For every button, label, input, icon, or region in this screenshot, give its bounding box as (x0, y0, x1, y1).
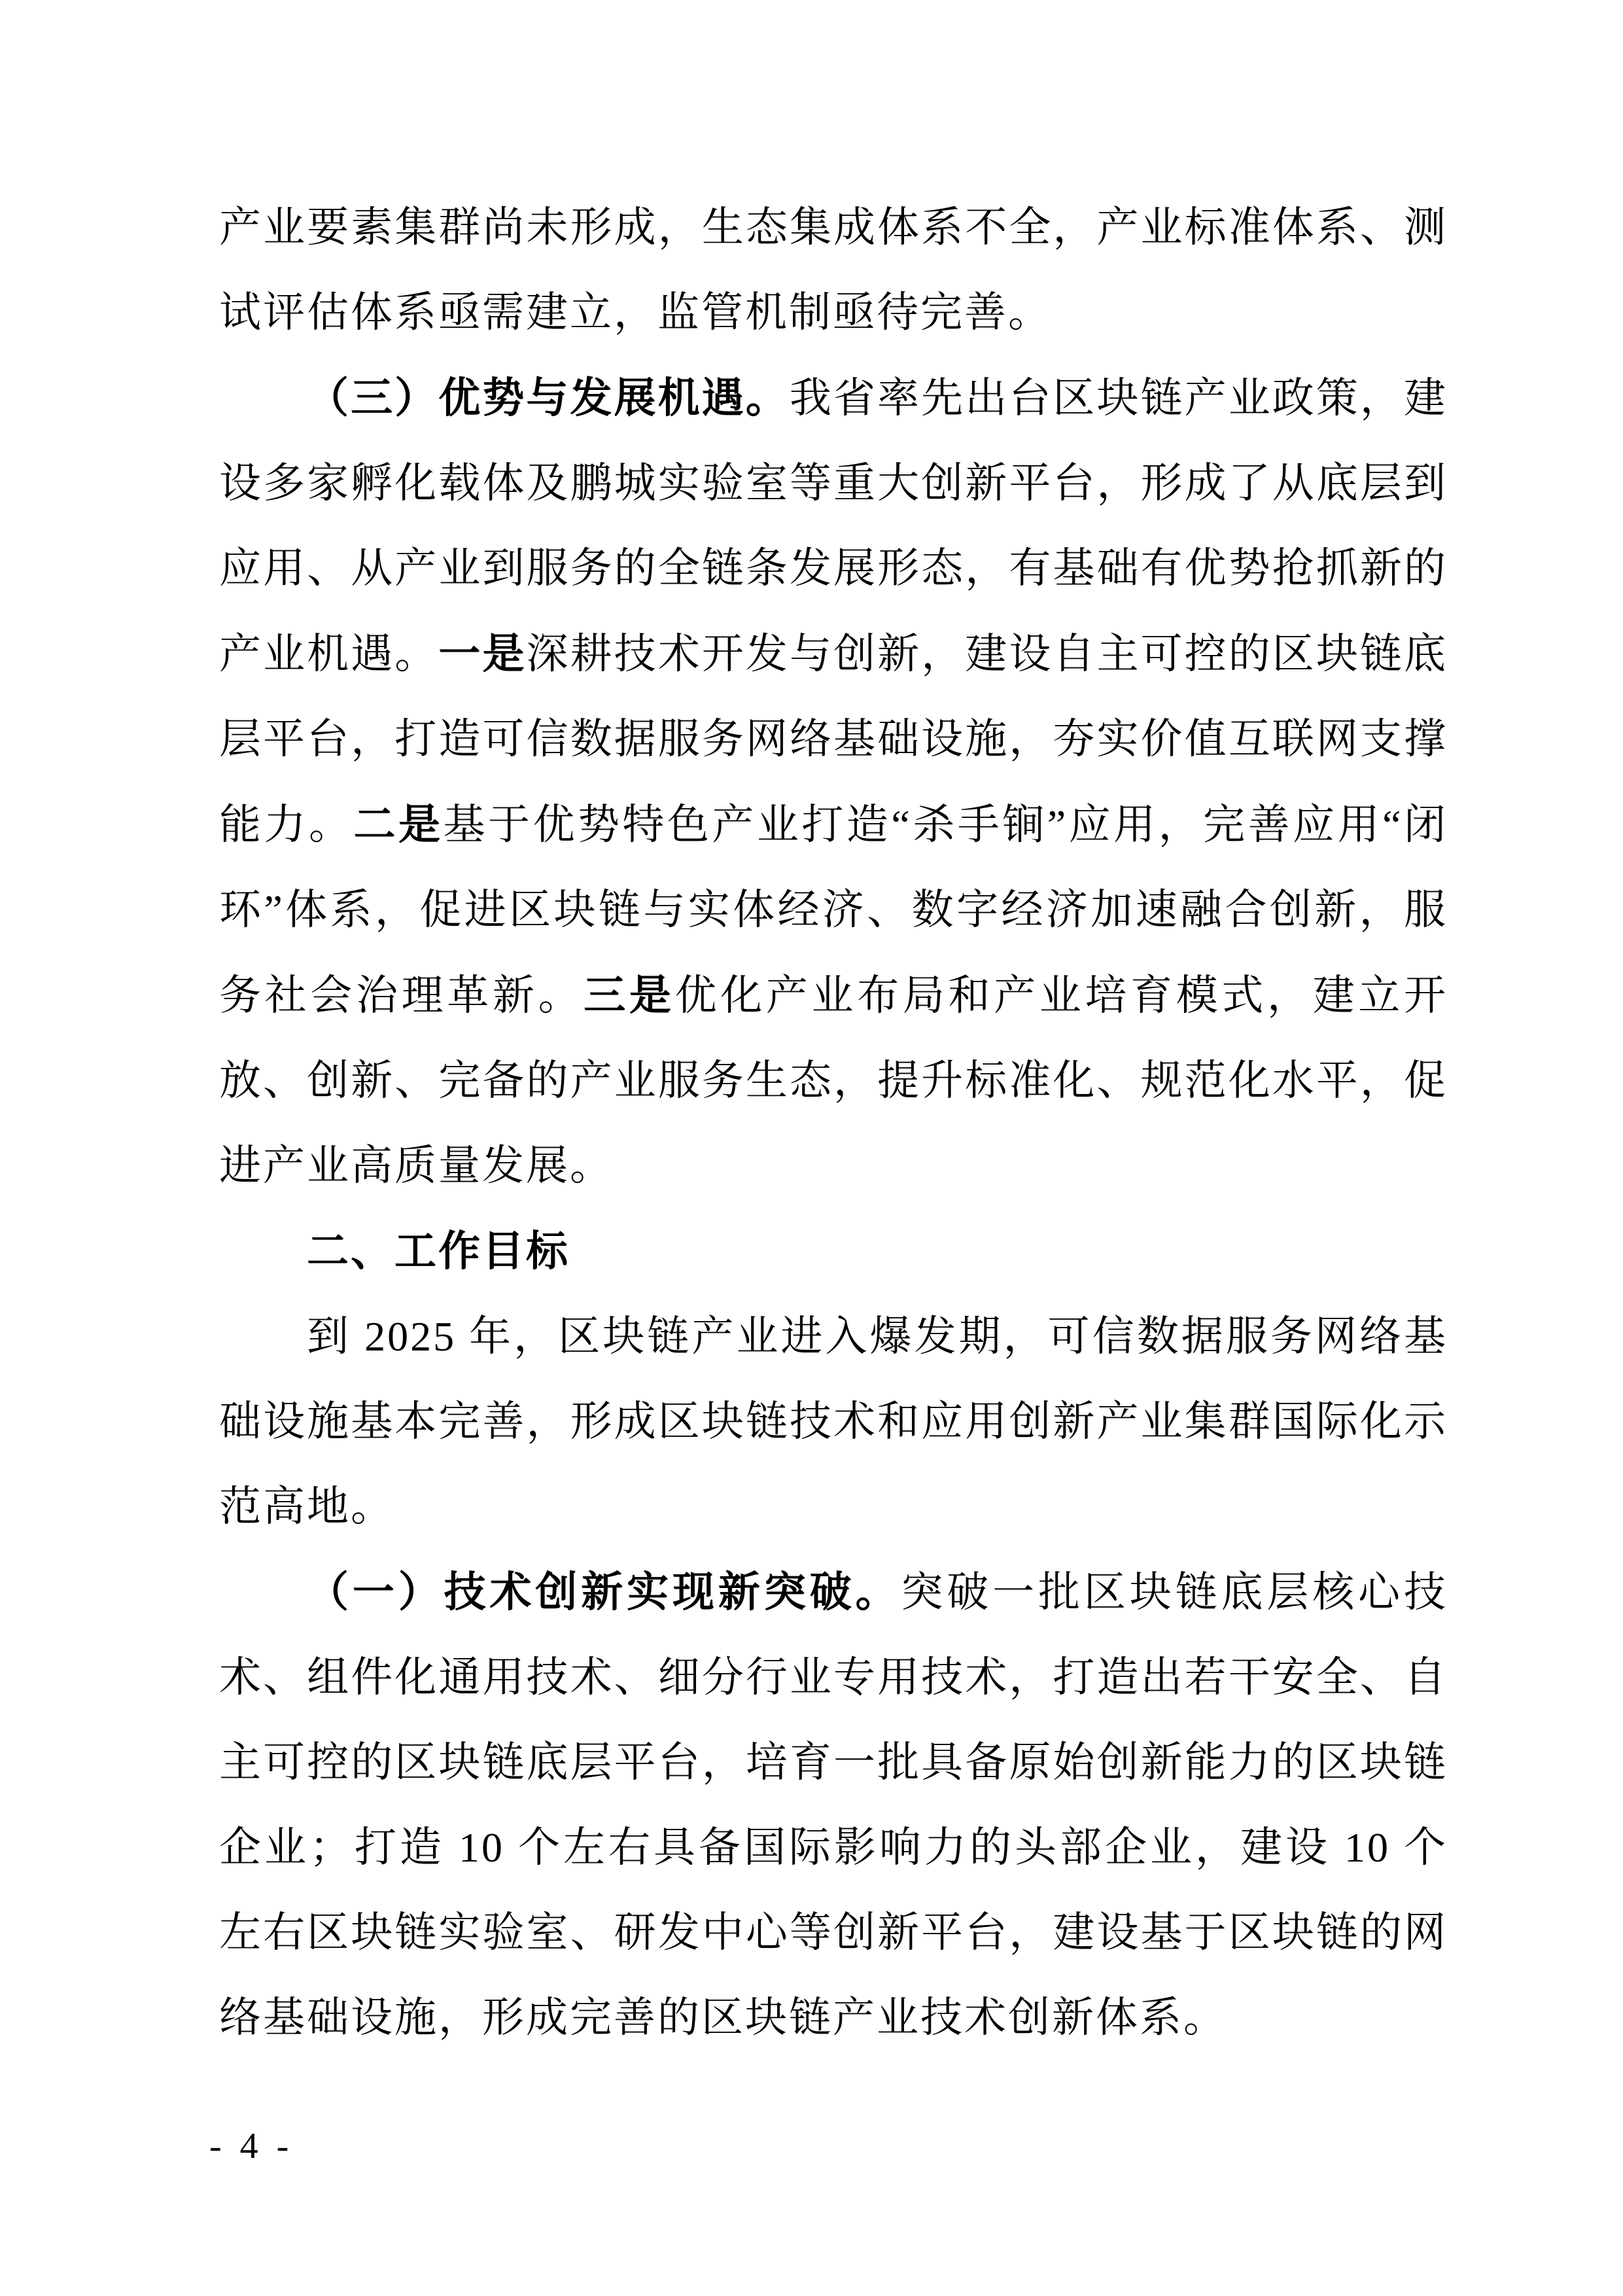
text-run-bold: 一是 (438, 630, 526, 677)
document-body: 产业要素集群尚未形成，生态集成体系不全，产业标准体系、测试评估体系亟需建立，监管… (219, 185, 1448, 2060)
heading-work-goals: 二、工作目标 (219, 1209, 1448, 1294)
text-run: 突破一批区块链底层核心技术、组件化通用技术、细分行业专用技术，打造出若干安全、自… (219, 1569, 1448, 2041)
text-run-bold: 三是 (584, 972, 674, 1019)
document-page: { "page": { "number_label": "- 4 -", "ba… (0, 0, 1623, 2296)
text-run-bold: 二是 (353, 801, 443, 848)
text-run: 到 2025 年，区块链产业进入爆发期，可信数据服务网络基础设施基本完善，形成区… (219, 1313, 1448, 1530)
paragraph-tech-innovation-breakthrough: （一）技术创新实现新突破。突破一批区块链底层核心技术、组件化通用技术、细分行业专… (219, 1549, 1448, 2060)
text-run: 产业要素集群尚未形成，生态集成体系不全，产业标准体系、测试评估体系亟需建立，监管… (219, 204, 1448, 336)
paragraph-continuation-shortcomings: 产业要素集群尚未形成，生态集成体系不全，产业标准体系、测试评估体系亟需建立，监管… (219, 185, 1448, 355)
text-run-bold: （一）技术创新实现新突破。 (307, 1568, 901, 1616)
paragraph-2025-overall-goal: 到 2025 年，区块链产业进入爆发期，可信数据服务网络基础设施基本完善，形成区… (219, 1294, 1448, 1549)
text-run-bold: （三）优势与发展机遇。 (307, 374, 790, 421)
page-number: - 4 - (209, 2125, 293, 2167)
paragraph-advantages-and-opportunities: （三）优势与发展机遇。我省率先出台区块链产业政策，建设多家孵化载体及鹏城实验室等… (219, 355, 1448, 1209)
text-run-bold: 二、工作目标 (307, 1227, 570, 1275)
